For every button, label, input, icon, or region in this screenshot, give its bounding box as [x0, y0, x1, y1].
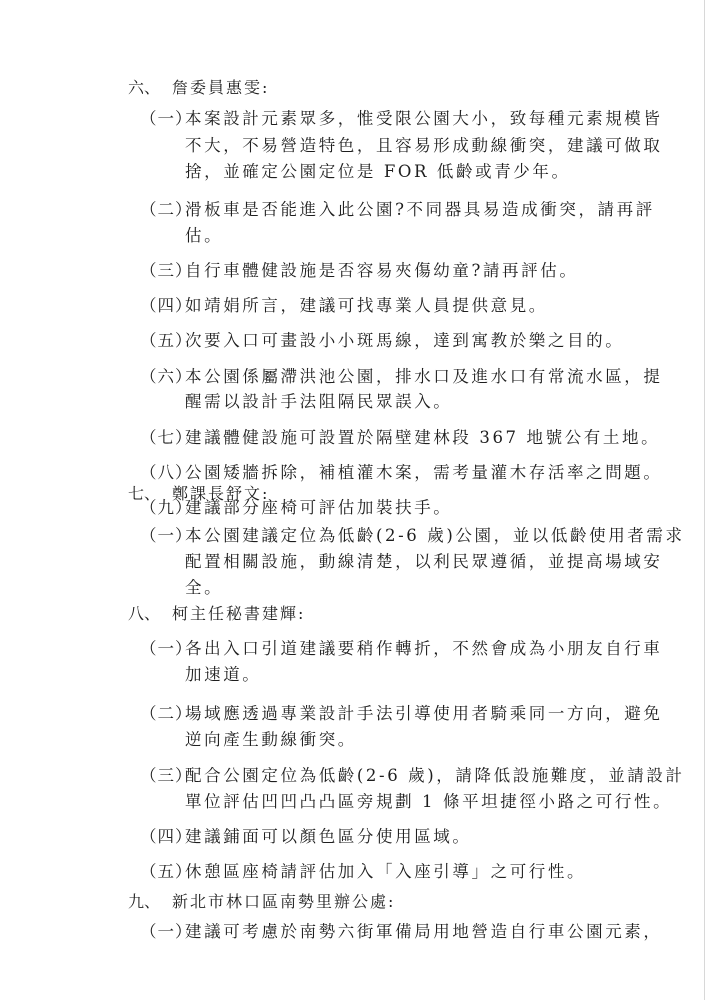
section-number: 七、	[128, 484, 160, 504]
item-line: 休憩區座椅請評估加入「入座引導」之可行性。	[185, 862, 586, 882]
document-page: 六、 詹委員惠雯: （一） 本案設計元素眾多，惟受限公園大小，致每種元素規模皆 …	[0, 0, 708, 1000]
section-number: 八、	[128, 604, 160, 624]
section-title: 柯主任秘書建輝:	[172, 604, 305, 624]
item-line: 公園矮牆拆除，補植灌木案，需考量灌木存活率之問題。	[185, 463, 663, 483]
item-line: 滑板車是否能進入此公園?不同器具易造成衝突，請再評	[185, 200, 655, 220]
item-line: 本案設計元素眾多，惟受限公園大小，致每種元素規模皆	[185, 109, 663, 129]
item-line: 本公園係屬滯洪池公園，排水口及進水口有常流水區，提	[185, 367, 663, 387]
item-line: 各出入口引道建議要稍作轉折，不然會成為小朋友自行車	[185, 639, 663, 659]
item-line: 加速道。	[185, 665, 261, 685]
item-line: 次要入口可畫設小小斑馬線，達到寓教於樂之目的。	[185, 331, 624, 351]
section-title: 新北市林口區南勢里辦公處:	[172, 892, 395, 912]
item-line: 建議體健設施可設置於隔壁建林段 367 地號公有土地。	[185, 428, 660, 448]
item-line: 全。	[185, 578, 223, 598]
item-line: 本公園建議定位為低齡(2-6 歲)公園，並以低齡使用者需求	[185, 526, 685, 546]
item-line: 建議可考慮於南勢六街軍備局用地營造自行車公園元素，	[185, 922, 663, 942]
item-line: 建議鋪面可以顏色區分使用區域。	[185, 827, 472, 847]
scan-edge	[704, 0, 705, 1000]
section-title: 鄭課長舒文:	[172, 484, 269, 504]
item-line: 自行車體健設施是否容易夾傷幼童?請再評估。	[185, 261, 578, 281]
section-title: 詹委員惠雯:	[172, 78, 269, 98]
item-line: 不大，不易營造特色，且容易形成動線衝突，建議可做取	[185, 136, 663, 156]
item-line: 估。	[185, 226, 223, 246]
section-number: 六、	[128, 78, 160, 98]
item-line: 醒需以設計手法阻隔民眾誤入。	[185, 392, 452, 412]
item-line: 捨，並確定公園定位是 FOR 低齡或青少年。	[185, 162, 571, 182]
item-line: 配置相關設施，動線清楚，以利民眾遵循，並提高場域安	[185, 552, 663, 572]
item-line: 逆向產生動線衝突。	[185, 730, 357, 750]
item-line: 配合公園定位為低齡(2-6 歲)，請降低設施難度，並請設計	[185, 766, 685, 786]
item-line: 單位評估凹凹凸凸區旁規劃 1 條平坦捷徑小路之可行性。	[185, 792, 672, 812]
section-number: 九、	[128, 892, 160, 912]
item-line: 場域應透過專業設計手法引導使用者騎乘同一方向，避免	[185, 704, 663, 724]
item-line: 如靖娟所言，建議可找專業人員提供意見。	[185, 296, 548, 316]
